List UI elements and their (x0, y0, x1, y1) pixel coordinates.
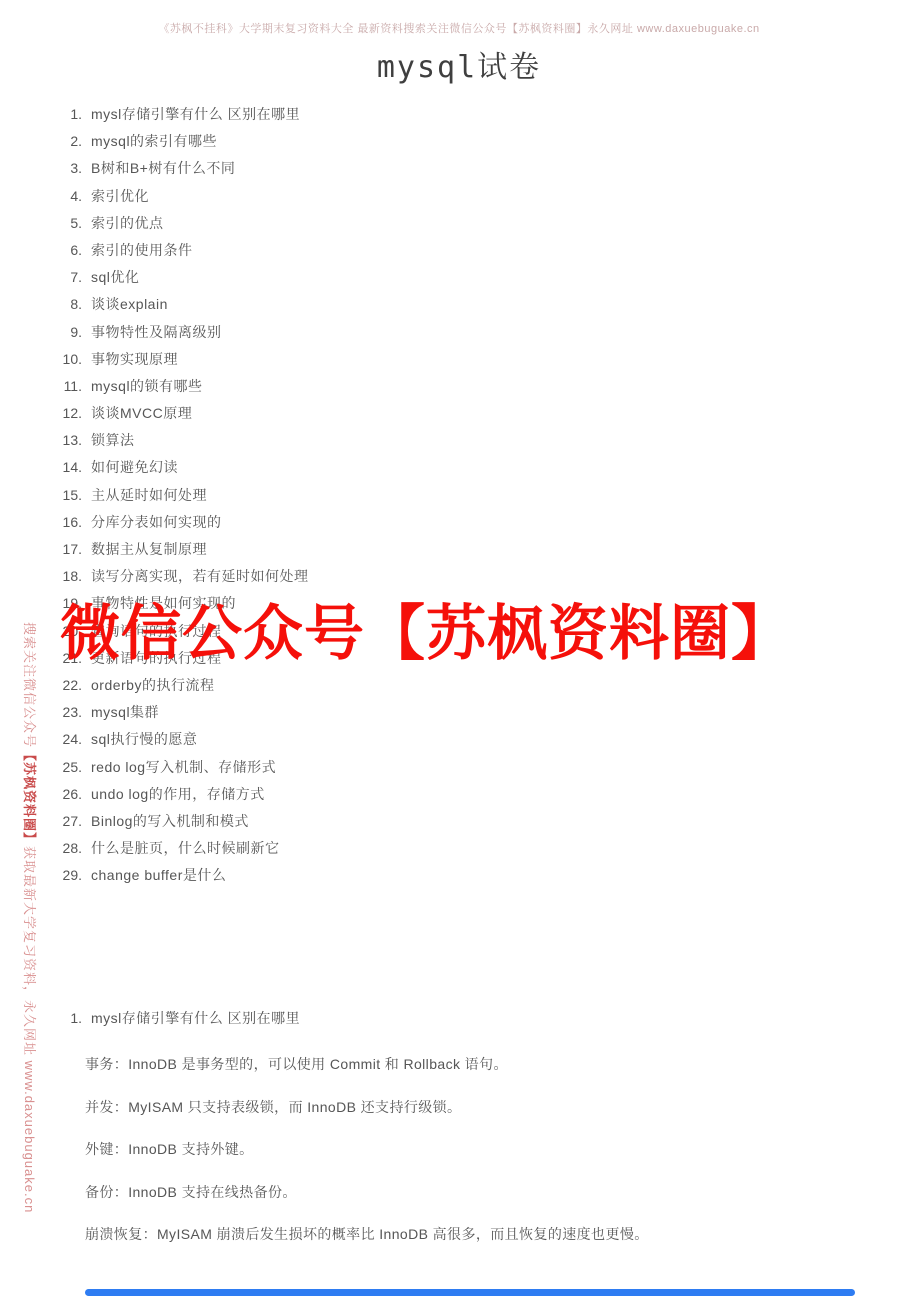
question-number: 15. (56, 487, 82, 503)
question-text: mysql的索引有哪些 (91, 131, 217, 151)
question-text: 谈谈explain (91, 294, 168, 314)
question-item: 27. Binlog的写入机制和模式 (56, 811, 309, 838)
question-text: 索引的优点 (91, 213, 164, 233)
side-watermark-prefix: 搜索关注微信公众号 (22, 622, 37, 748)
question-item: 29. change buffer是什么 (56, 865, 309, 892)
header-watermark-text: 《苏枫不挂科》大学期末复习资料大全 最新资料搜索关注微信公众号【苏枫资料圈】永久… (0, 20, 918, 36)
question-number: 14. (56, 459, 82, 475)
answer-paragraph: 外键：InnoDB 支持外键。 (56, 1139, 876, 1159)
question-number: 12. (56, 405, 82, 421)
left-vertical-watermark: 搜索关注微信公众号【苏枫资料圈】获取最新大学复习资料，永久网址 www.daxu… (21, 622, 40, 1213)
question-item: 11. mysql的锁有哪些 (56, 376, 309, 403)
question-number: 17. (56, 541, 82, 557)
document-page: 《苏枫不挂科》大学期末复习资料大全 最新资料搜索关注微信公众号【苏枫资料圈】永久… (0, 0, 918, 1298)
question-number: 18. (56, 568, 82, 584)
question-item: 12. 谈谈MVCC原理 (56, 403, 309, 430)
question-text: B树和B+树有什么不同 (91, 158, 235, 178)
question-text: 什么是脏页，什么时候刷新它 (91, 838, 280, 858)
answer-paragraph: 事务：InnoDB 是事务型的，可以使用 Commit 和 Rollback 语… (56, 1054, 876, 1074)
question-number: 9. (56, 324, 82, 340)
question-item: 16. 分库分表如何实现的 (56, 512, 309, 539)
question-item: 17. 数据主从复制原理 (56, 539, 309, 566)
question-text: 分库分表如何实现的 (91, 512, 222, 532)
answer-paragraph: 崩溃恢复：MyISAM 崩溃后发生损坏的概率比 InnoDB 高很多，而且恢复的… (56, 1224, 876, 1244)
answer-paragraph: 备份：InnoDB 支持在线热备份。 (56, 1182, 876, 1202)
question-text: 锁算法 (91, 430, 135, 450)
question-list: 1. mysl存储引擎有什么 区别在哪里 2. mysql的索引有哪些 3. B… (56, 104, 309, 892)
question-number: 26. (56, 786, 82, 802)
question-number: 7. (56, 269, 82, 285)
question-item: 10. 事物实现原理 (56, 349, 309, 376)
question-number: 10. (56, 351, 82, 367)
question-number: 11. (56, 378, 82, 394)
question-number: 29. (56, 867, 82, 883)
question-text: change buffer是什么 (91, 865, 226, 885)
question-number: 5. (56, 215, 82, 231)
question-item: 8. 谈谈explain (56, 294, 309, 321)
question-number: 8. (56, 296, 82, 312)
question-number: 3. (56, 160, 82, 176)
question-item: 28. 什么是脏页，什么时候刷新它 (56, 838, 309, 865)
bottom-blue-bar (85, 1289, 855, 1296)
question-text: mysql集群 (91, 702, 159, 722)
question-number: 1. (56, 106, 82, 122)
question-item: 15. 主从延时如何处理 (56, 485, 309, 512)
page-title: mysql试卷 (0, 42, 918, 86)
question-text: 谈谈MVCC原理 (91, 403, 192, 423)
question-item: 18. 读写分离实现，若有延时如何处理 (56, 566, 309, 593)
question-item: 7. sql优化 (56, 267, 309, 294)
question-item: 4. 索引优化 (56, 186, 309, 213)
question-number: 13. (56, 432, 82, 448)
question-text: 数据主从复制原理 (91, 539, 207, 559)
question-text: mysl存储引擎有什么 区别在哪里 (91, 104, 300, 124)
question-text: redo log写入机制、存储形式 (91, 757, 276, 777)
question-text: 主从延时如何处理 (91, 485, 207, 505)
question-item: 14. 如何避免幻读 (56, 457, 309, 484)
answer-paragraph: 并发：MyISAM 只支持表级锁，而 InnoDB 还支持行级锁。 (56, 1097, 876, 1117)
question-number: 27. (56, 813, 82, 829)
question-number: 16. (56, 514, 82, 530)
question-text: orderby的执行流程 (91, 675, 214, 695)
question-item: 24. sql执行慢的愿意 (56, 729, 309, 756)
question-text: Binlog的写入机制和模式 (91, 811, 249, 831)
question-number: 6. (56, 242, 82, 258)
question-item: 2. mysql的索引有哪些 (56, 131, 309, 158)
question-text: mysql的锁有哪些 (91, 376, 203, 396)
question-item: 23. mysql集群 (56, 702, 309, 729)
question-number: 24. (56, 731, 82, 747)
question-number: 2. (56, 133, 82, 149)
answer-question-number: 1. (56, 1010, 82, 1026)
question-text: undo log的作用，存储方式 (91, 784, 265, 804)
question-item: 26. undo log的作用，存储方式 (56, 784, 309, 811)
red-center-watermark: 微信公众号【苏枫资料圈】 (60, 600, 800, 669)
side-watermark-brand: 【苏枫资料圈】 (22, 748, 37, 846)
question-number: 4. (56, 188, 82, 204)
answer-question-heading: 1. mysl存储引擎有什么 区别在哪里 (56, 1008, 876, 1028)
question-text: 事物特性及隔离级别 (91, 322, 222, 342)
question-text: sql优化 (91, 267, 139, 287)
question-item: 5. 索引的优点 (56, 213, 309, 240)
question-item: 22. orderby的执行流程 (56, 675, 309, 702)
question-item: 13. 锁算法 (56, 430, 309, 457)
question-number: 25. (56, 759, 82, 775)
question-text: 事物实现原理 (91, 349, 178, 369)
question-item: 6. 索引的使用条件 (56, 240, 309, 267)
question-item: 3. B树和B+树有什么不同 (56, 158, 309, 185)
question-number: 23. (56, 704, 82, 720)
question-item: 25. redo log写入机制、存储形式 (56, 757, 309, 784)
answer-question-text: mysl存储引擎有什么 区别在哪里 (91, 1008, 300, 1028)
question-text: 索引优化 (91, 186, 149, 206)
question-text: 读写分离实现，若有延时如何处理 (91, 566, 309, 586)
question-number: 22. (56, 677, 82, 693)
answer-paragraphs: 事务：InnoDB 是事务型的，可以使用 Commit 和 Rollback 语… (56, 1054, 876, 1244)
question-item: 1. mysl存储引擎有什么 区别在哪里 (56, 104, 309, 131)
question-text: 索引的使用条件 (91, 240, 193, 260)
question-item: 9. 事物特性及隔离级别 (56, 322, 309, 349)
side-watermark-suffix: 获取最新大学复习资料，永久网址 www.daxuebuguake.cn (22, 846, 37, 1213)
question-number: 28. (56, 840, 82, 856)
question-text: 如何避免幻读 (91, 457, 178, 477)
answer-section: 1. mysl存储引擎有什么 区别在哪里 事务：InnoDB 是事务型的，可以使… (56, 1008, 876, 1267)
question-text: sql执行慢的愿意 (91, 729, 197, 749)
